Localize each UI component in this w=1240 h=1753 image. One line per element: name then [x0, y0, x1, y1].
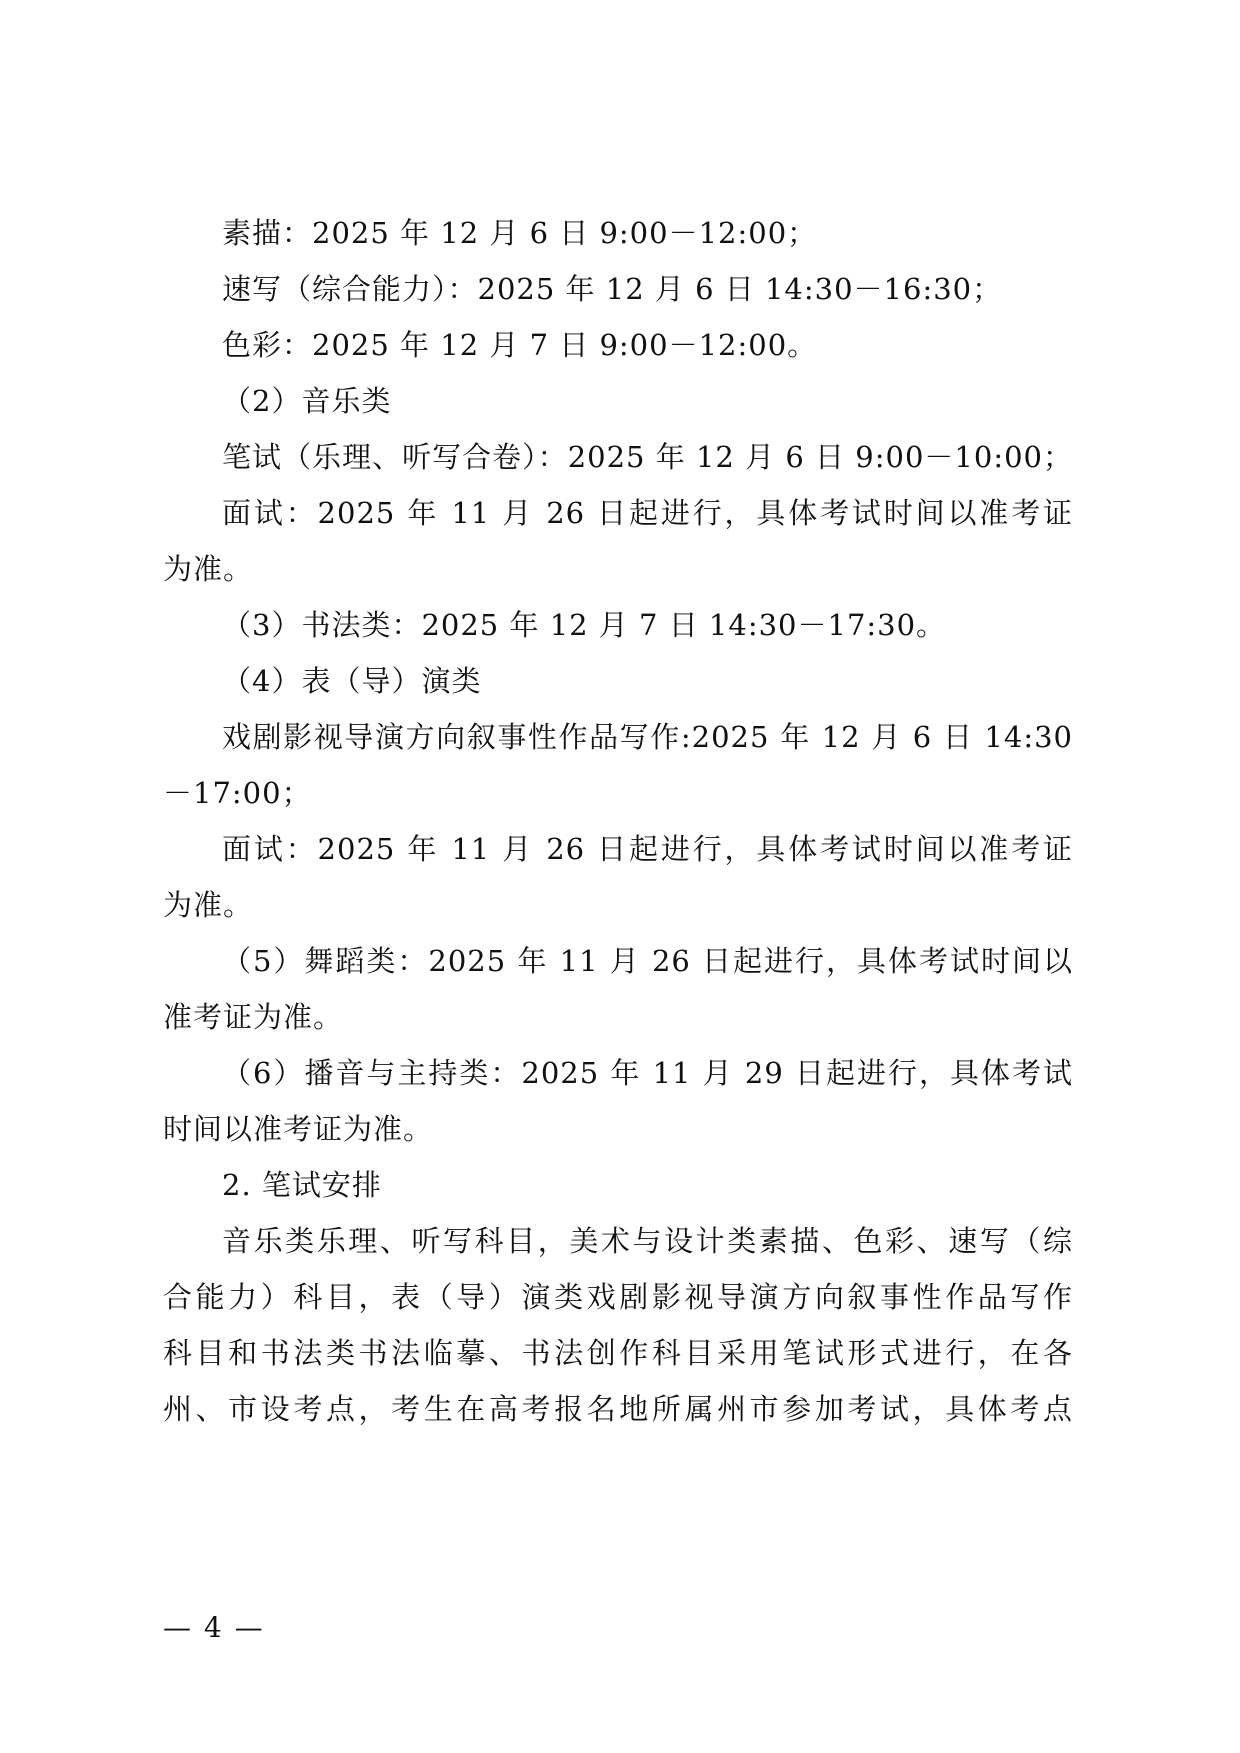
line-music-written: 笔试（乐理、听写合卷）：2025 年 12 月 6 日 9:00－10:00； [222, 437, 1073, 477]
line-performance-interview-cont: 为准。 [163, 885, 1073, 925]
line-directing-writing: 戏剧影视导演方向叙事性作品写作:2025 年 12 月 6 日 14:30 [222, 717, 1073, 757]
document-page: 素描：2025 年 12 月 6 日 9:00－12:00； 速写（综合能力）：… [0, 0, 1240, 1753]
line-broadcasting: （6）播音与主持类：2025 年 11 月 29 日起进行，具体考试 [222, 1053, 1073, 1093]
page-number: — 4 — [163, 1608, 265, 1648]
heading-written-exam: 2. 笔试安排 [222, 1165, 1073, 1205]
line-dance-cont: 准考证为准。 [163, 997, 1073, 1037]
line-music-interview-cont: 为准。 [163, 549, 1073, 589]
line-broadcasting-cont: 时间以准考证为准。 [163, 1109, 1073, 1149]
line-calligraphy: （3）书法类：2025 年 12 月 7 日 14:30－17:30。 [222, 605, 1073, 645]
line-performance-interview: 面试：2025 年 11 月 26 日起进行，具体考试时间以准考证 [222, 829, 1073, 869]
paragraph-written-exam-line-1: 音乐类乐理、听写科目，美术与设计类素描、色彩、速写（综 [222, 1221, 1073, 1261]
line-quick-sketch-schedule: 速写（综合能力）：2025 年 12 月 6 日 14:30－16:30； [222, 269, 1073, 309]
line-color-schedule: 色彩：2025 年 12 月 7 日 9:00－12:00。 [222, 325, 1073, 365]
paragraph-written-exam-line-3: 科目和书法类书法临摹、书法创作科目采用笔试形式进行，在各 [163, 1333, 1073, 1373]
paragraph-written-exam-line-4: 州、市设考点，考生在高考报名地所属州市参加考试，具体考点 [163, 1389, 1073, 1429]
heading-performance: （4）表（导）演类 [222, 661, 1073, 701]
line-dance: （5）舞蹈类：2025 年 11 月 26 日起进行，具体考试时间以 [222, 941, 1073, 981]
line-sketch-schedule: 素描：2025 年 12 月 6 日 9:00－12:00； [222, 213, 1073, 253]
line-music-interview: 面试：2025 年 11 月 26 日起进行，具体考试时间以准考证 [222, 493, 1073, 533]
paragraph-written-exam-line-2: 合能力）科目，表（导）演类戏剧影视导演方向叙事性作品写作 [163, 1277, 1073, 1317]
heading-music: （2）音乐类 [222, 381, 1073, 421]
line-directing-writing-cont: －17:00； [163, 773, 1073, 813]
